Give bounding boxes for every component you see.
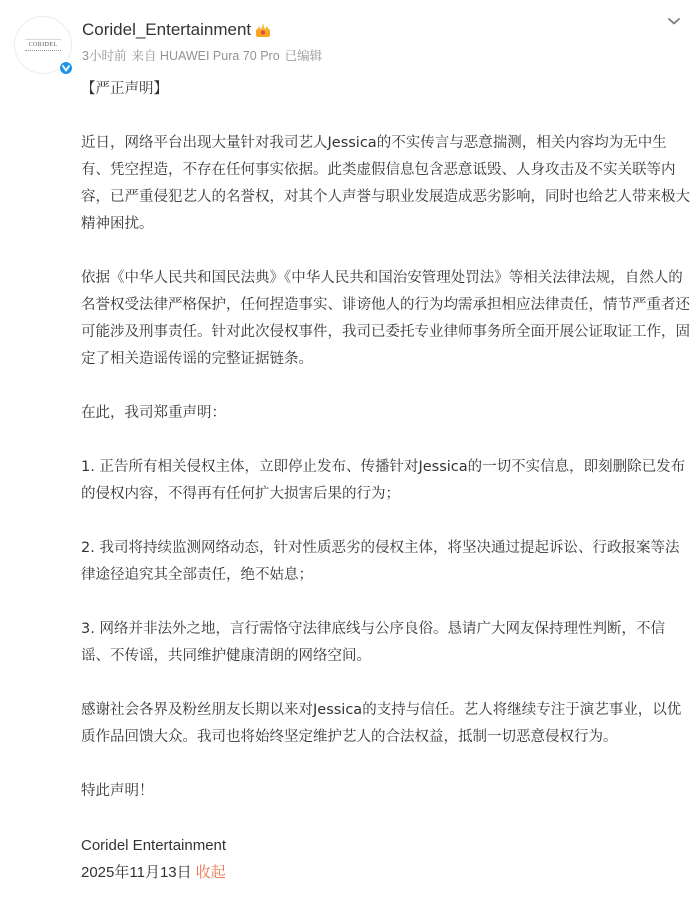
paragraph-gap <box>81 238 691 265</box>
list-item: 1. 正告所有相关侵权主体，立即停止发布、传播针对Jessica的一切不实信息，… <box>81 454 691 508</box>
paragraph-gap <box>81 751 691 778</box>
weibo-post: CORIDEL Coridel_Entertainment 3小时前来自 HUA… <box>0 0 700 909</box>
paragraph: 特此声明！ <box>81 778 691 805</box>
crown-icon[interactable] <box>255 23 271 37</box>
paragraph-gap <box>81 373 691 400</box>
paragraph-gap <box>81 589 691 616</box>
paragraph: 近日，网络平台出现大量针对我司艺人Jessica的不实传言与恶意揣测，相关内容均… <box>81 130 691 238</box>
signature-name: Coridel Entertainment <box>81 832 691 859</box>
paragraph-gap <box>81 508 691 535</box>
post-meta: 3小时前来自 HUAWEI Pura 70 Pro已编辑 <box>82 46 327 64</box>
post-title: 【严正声明】 <box>81 76 691 103</box>
post-source: 来自 HUAWEI Pura 70 Pro <box>131 49 279 63</box>
edited-label[interactable]: 已编辑 <box>285 49 323 63</box>
avatar[interactable]: CORIDEL <box>14 16 72 74</box>
username-link[interactable]: Coridel_Entertainment <box>82 20 251 40</box>
paragraph-gap <box>81 103 691 130</box>
signature-date-row: 2025年11月13日收起 <box>81 859 691 886</box>
list-item: 2. 我司将持续监测网络动态，针对性质恶劣的侵权主体，将坚决通过提起诉讼、行政报… <box>81 535 691 589</box>
paragraph: 在此，我司郑重声明： <box>81 400 691 427</box>
paragraph-gap <box>81 670 691 697</box>
signature-date: 2025年11月13日 <box>81 864 192 881</box>
post-time[interactable]: 3小时前 <box>82 49 126 63</box>
header-name-row: Coridel_Entertainment <box>82 18 271 42</box>
post-content: 【严正声明】 近日，网络平台出现大量针对我司艺人Jessica的不实传言与恶意揣… <box>81 76 691 886</box>
verified-icon <box>58 60 74 76</box>
collapse-link[interactable]: 收起 <box>196 864 226 881</box>
avatar-logo-rule <box>25 39 61 40</box>
avatar-logo-subtext <box>25 50 61 52</box>
paragraph: 感谢社会各界及粉丝朋友长期以来对Jessica的支持与信任。艺人将继续专注于演艺… <box>81 697 691 751</box>
avatar-logo-text: CORIDEL <box>29 42 58 48</box>
paragraph: 依据《中华人民共和国民法典》《中华人民共和国治安管理处罚法》等相关法律法规，自然… <box>81 265 691 373</box>
paragraph-gap <box>81 427 691 454</box>
paragraph-gap <box>81 805 691 832</box>
chevron-down-icon[interactable] <box>666 12 682 24</box>
list-item: 3. 网络并非法外之地，言行需恪守法律底线与公序良俗。恳请广大网友保持理性判断，… <box>81 616 691 670</box>
